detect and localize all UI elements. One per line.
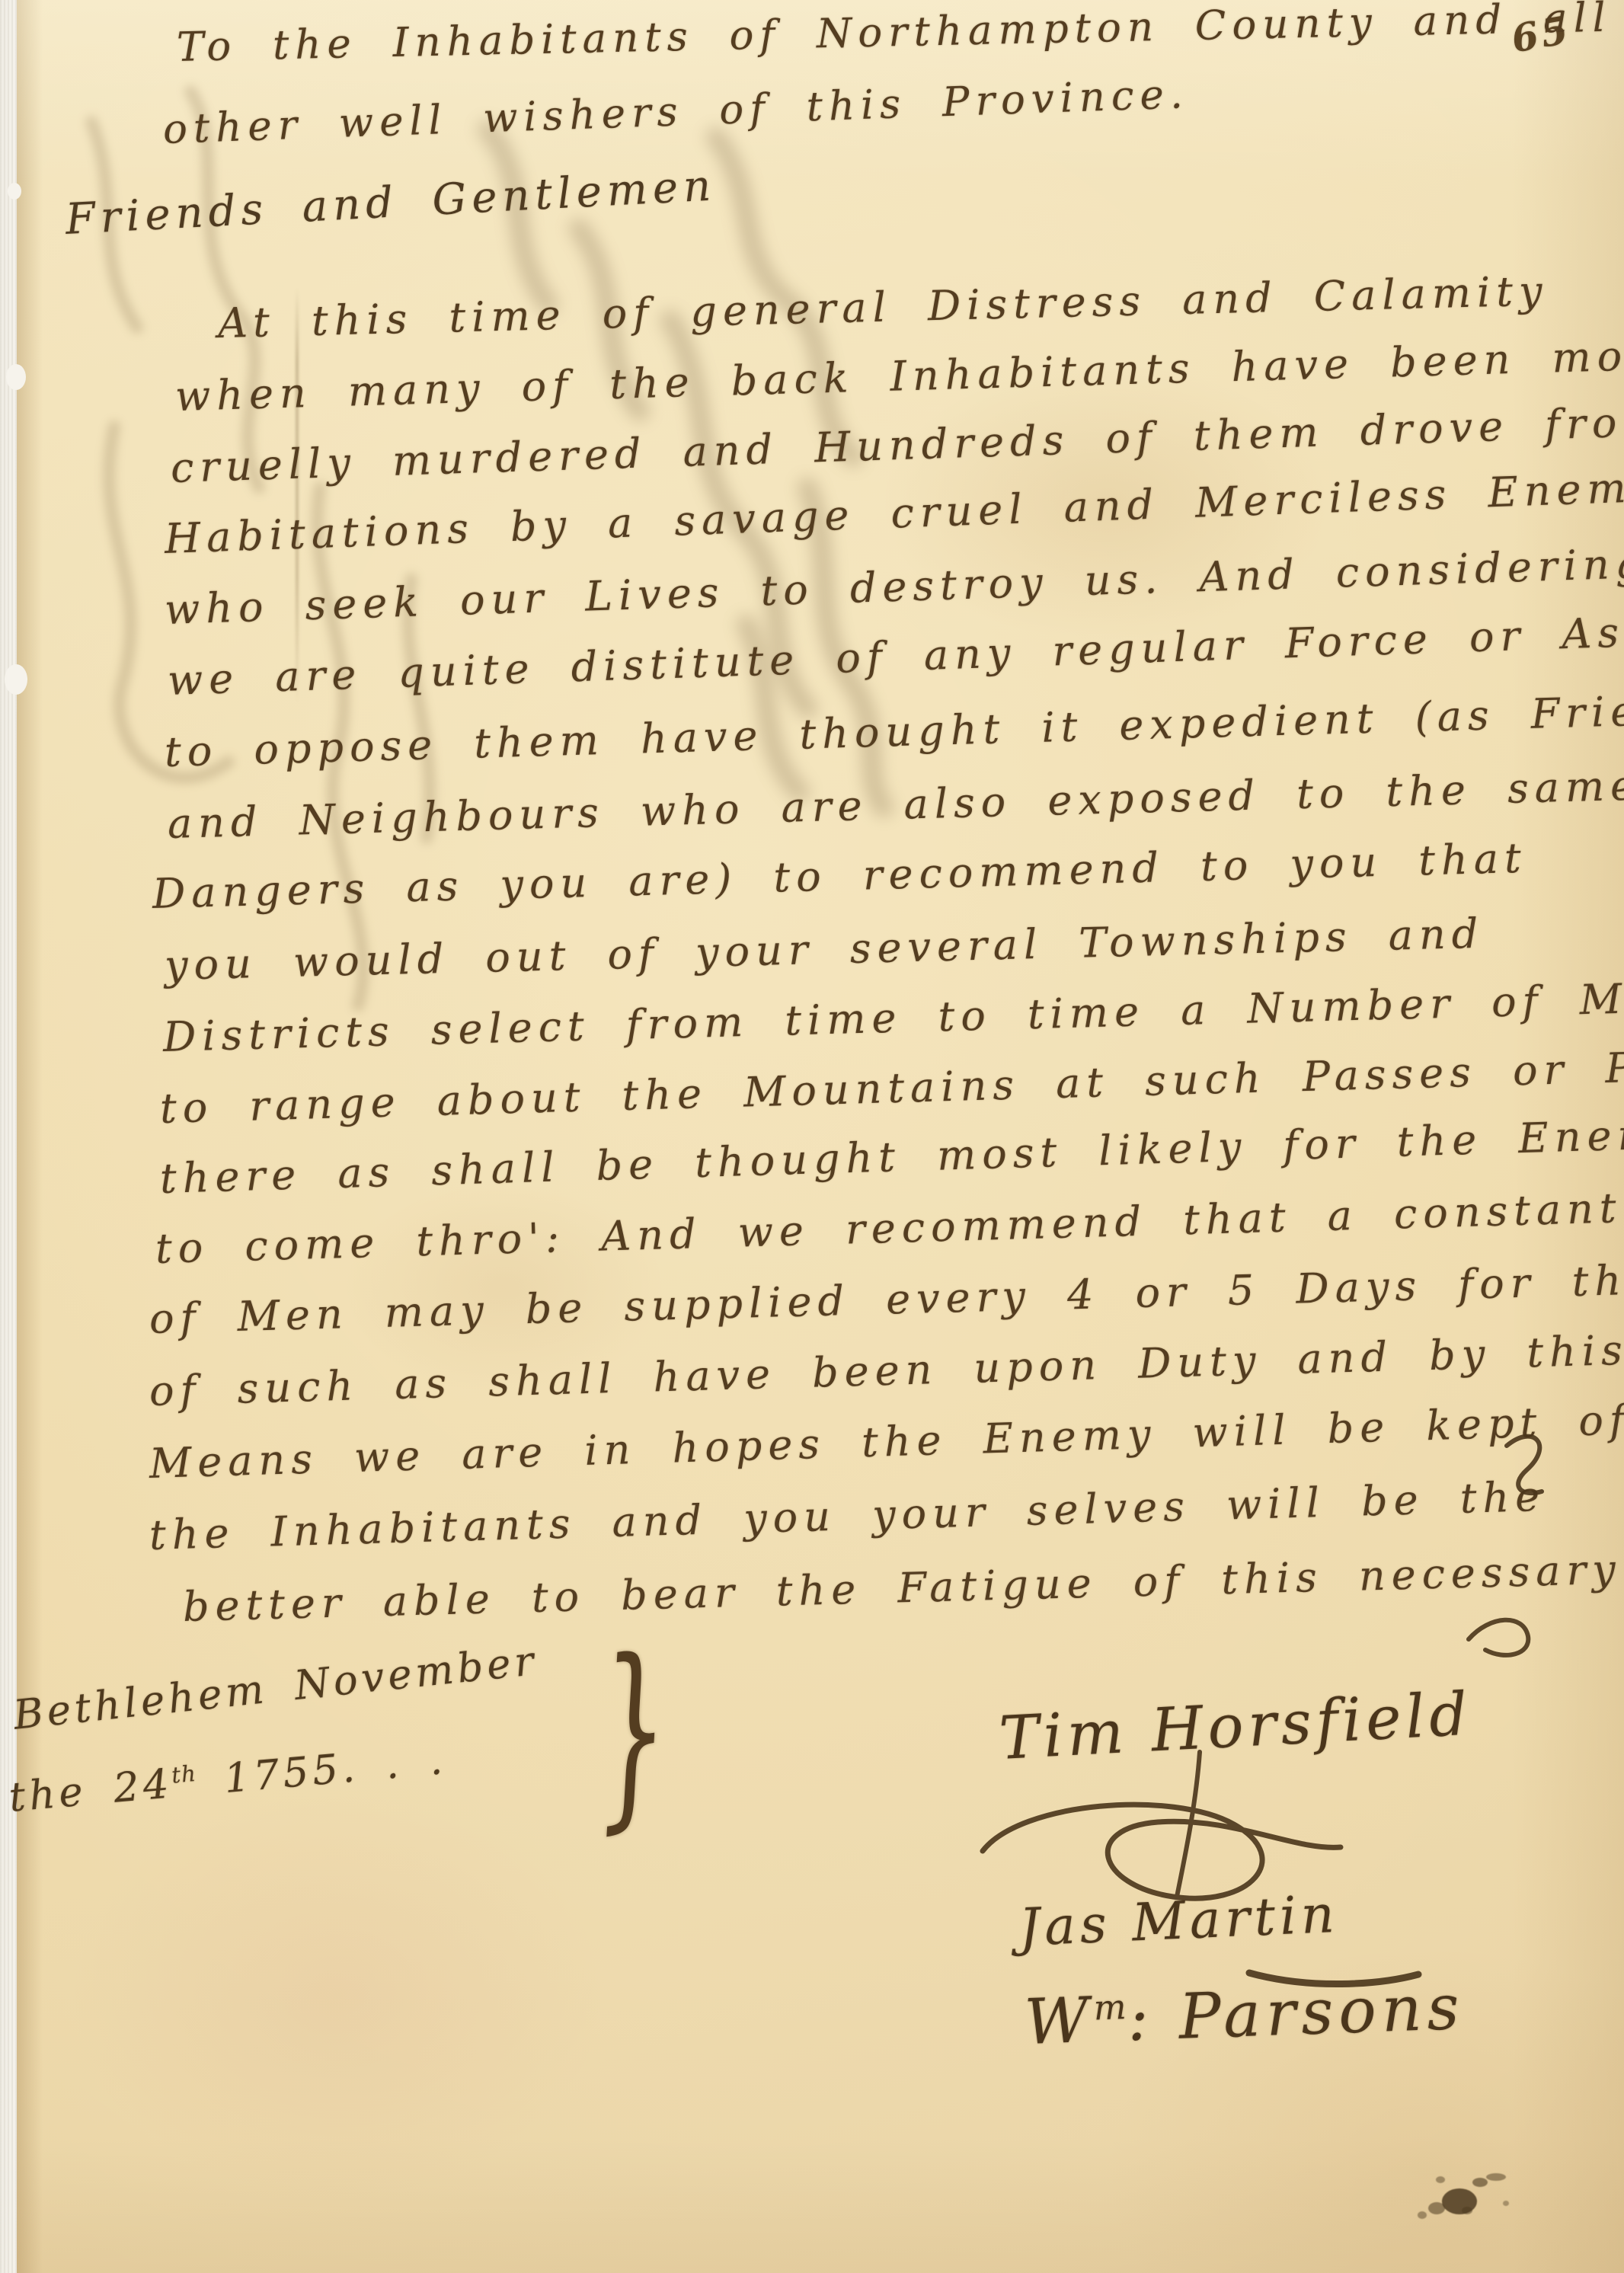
martin-underline xyxy=(1249,1973,1418,1984)
horsfield-flourish xyxy=(983,1805,1341,1898)
line-end-flourish xyxy=(1469,1620,1528,1655)
line-end-flourish xyxy=(1507,1437,1542,1493)
pen-flourishes-art xyxy=(0,0,1624,2273)
